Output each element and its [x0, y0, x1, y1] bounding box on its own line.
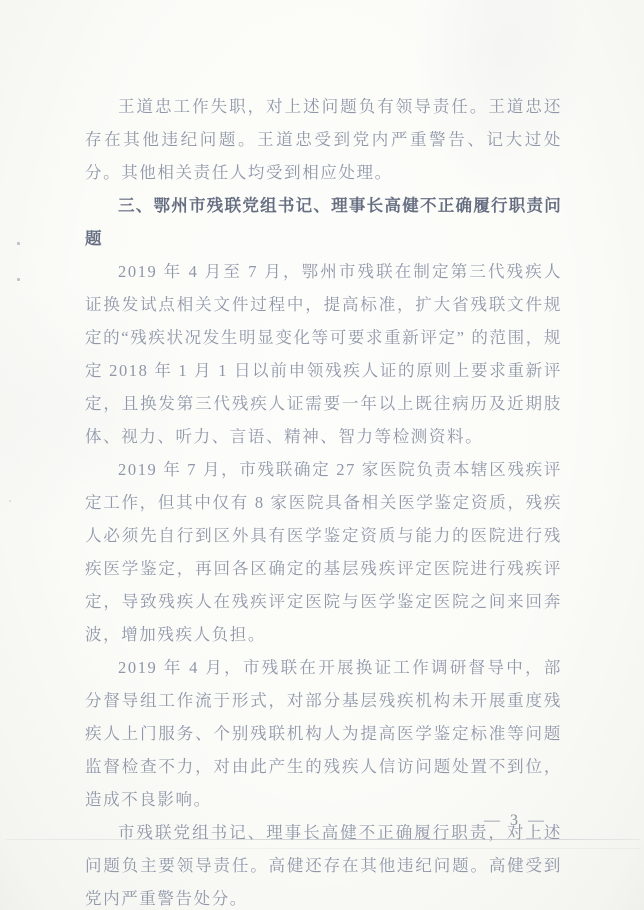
paragraph-wang-daozhong-accountability: 王道忠工作失职，对上述问题负有领导责任。王道忠还存在其他违纪问题。王道忠受到党内…: [85, 90, 562, 189]
scanned-document-page: 王道忠工作失职，对上述问题负有领导责任。王道忠还存在其他违纪问题。王道忠受到党内…: [0, 0, 644, 910]
paragraph-supervision-failures: 2019 年 4 月，市残联在开展换证工作调研督导中，部分督导组工作流于形式，对…: [85, 651, 562, 816]
paragraph-hospital-assessment-burden: 2019 年 7 月，市残联确定 27 家医院负责本辖区残疾评定工作，但其中仅有…: [85, 453, 562, 651]
page-number: — 3 —: [484, 811, 547, 831]
scan-fold-line: [6, 839, 640, 840]
paragraph-certificate-renewal-rules: 2019 年 4 月至 7 月，鄂州市残联在制定第三代残疾人证换发试点相关文件过…: [85, 255, 562, 453]
scan-speck-artifact: [9, 500, 11, 502]
scan-speck-artifact: [17, 242, 20, 245]
section-heading-ezhou-disabled-federation: 三、鄂州市残联党组书记、理事长高健不正确履行职责问题: [85, 189, 562, 255]
scan-speck-artifact: [17, 278, 20, 281]
document-text-block: 王道忠工作失职，对上述问题负有领导责任。王道忠还存在其他违纪问题。王道忠受到党内…: [85, 90, 562, 910]
scan-fold-line-secondary: [120, 848, 640, 849]
